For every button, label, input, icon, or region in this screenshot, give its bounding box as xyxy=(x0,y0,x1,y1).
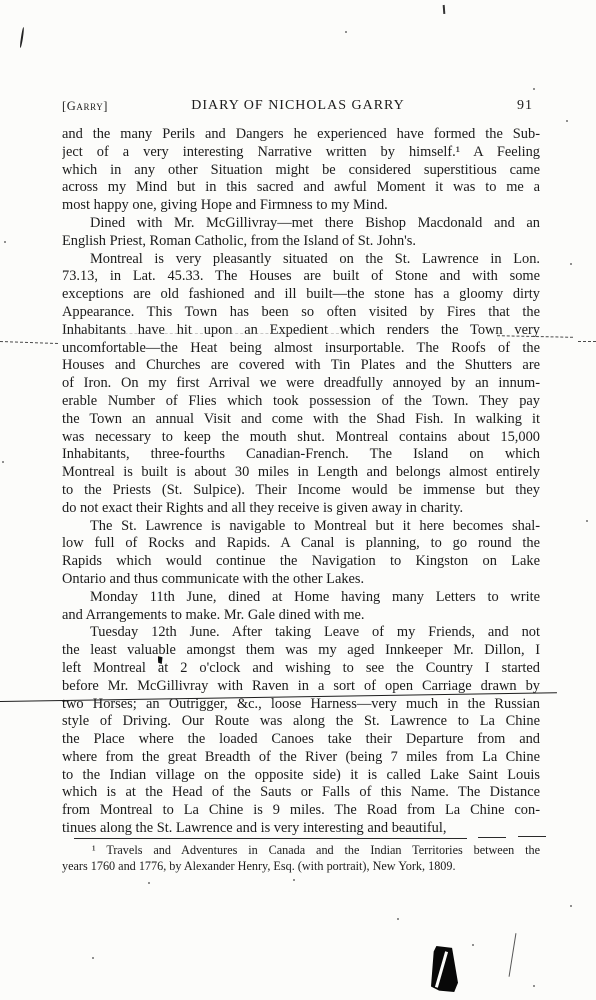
scan-speck xyxy=(533,985,535,987)
pen-stroke-mark xyxy=(19,27,24,48)
text-line: low full of Rocks and Rapids. A Canal is… xyxy=(62,535,540,553)
scan-speck xyxy=(4,241,6,243)
text-line: The St. Lawrence is navigable to Montrea… xyxy=(62,518,540,536)
text-line: uncomfortable—the Heat being almost insu… xyxy=(62,340,540,358)
text-line: the least valuable amongst them was my a… xyxy=(62,642,540,660)
text-line: from Montreal to La Chine is 9 miles. Th… xyxy=(62,802,540,820)
text-line: to the Priests (St. Sulpice). Their Inco… xyxy=(62,482,540,500)
footnote-rule-dash xyxy=(478,837,506,838)
text-line: tinues along the St. Lawrence and is ver… xyxy=(62,820,540,838)
text-line: Montreal is very pleasantly situated on … xyxy=(62,251,540,269)
scan-speck xyxy=(566,120,568,122)
text-line: and the many Perils and Dangers he exper… xyxy=(62,126,540,144)
scan-speck xyxy=(533,88,535,90)
text-line: the Town an annual Visit and come with t… xyxy=(62,411,540,429)
text-line: Houses and Churches are covered with Tin… xyxy=(62,357,540,375)
text-line: was necessary to keep the mouth shut. Mo… xyxy=(62,429,540,447)
text-line: and Arrangements to make. Mr. Gale dined… xyxy=(62,607,540,625)
text-line: two Horses; an Outrigger, &c., loose Har… xyxy=(62,696,540,714)
scratch-mark xyxy=(509,933,517,977)
text-line: Inhabitants, three-fourths Canadian-Fren… xyxy=(62,446,540,464)
text-line: the Place where the loaded Canoes take t… xyxy=(62,731,540,749)
scan-tick-mark xyxy=(443,5,445,14)
text-line: Montreal is built is about 30 miles in L… xyxy=(62,464,540,482)
scan-speck xyxy=(397,918,399,920)
scan-speck xyxy=(472,944,474,946)
text-line: Appearance. This Town has been so often … xyxy=(62,304,540,322)
text-line: which in any other Situation might be co… xyxy=(62,162,540,180)
page-number: 91 xyxy=(517,98,533,114)
text-line: Monday 11th June, dined at Home having m… xyxy=(62,589,540,607)
text-line: exceptions are old fashioned and ill bui… xyxy=(62,286,540,304)
text-line: to the Indian village on the opposite si… xyxy=(62,767,540,785)
body-text: and the many Perils and Dangers he exper… xyxy=(62,126,540,838)
text-line: of Iron. On my first Arrival we were dre… xyxy=(62,375,540,393)
footnote-text: ¹ Travels and Adventures in Canada and t… xyxy=(62,842,540,875)
text-line: do not exact their Rights and all they r… xyxy=(62,500,540,518)
scanned-book-page: [Garry] DIARY OF NICHOLAS GARRY 91 and t… xyxy=(0,0,596,1000)
text-line: where from the great Breadth of the Rive… xyxy=(62,749,540,767)
scan-speck xyxy=(92,957,94,959)
footnote-line: ¹ Travels and Adventures in Canada and t… xyxy=(62,842,540,858)
scan-speck xyxy=(148,882,150,884)
footnote-rule xyxy=(74,838,467,839)
text-line: before Mr. McGillivray with Raven in a s… xyxy=(62,678,540,696)
text-line: Tuesday 12th June. After taking Leave of… xyxy=(62,624,540,642)
text-line: Inhabitants have hit upon an Expedient w… xyxy=(62,322,540,340)
text-line: most happy one, giving Hope and Firmness… xyxy=(62,197,540,215)
scan-speck xyxy=(570,905,572,907)
pencil-dash-right-margin xyxy=(578,341,596,342)
text-line: ject of a very interesting Narrative wri… xyxy=(62,144,540,162)
scan-speck xyxy=(586,520,588,522)
ink-blot-streak xyxy=(435,951,448,987)
text-line: style of Driving. Our Route was along th… xyxy=(62,713,540,731)
scan-speck xyxy=(570,263,572,265)
text-line: Ontario and thus communicate with the ot… xyxy=(62,571,540,589)
footnote-line: years 1760 and 1776, by Alexander Henry,… xyxy=(62,858,540,874)
text-line: left Montreal at 2 o'clock and wishing t… xyxy=(62,660,540,678)
ink-blot xyxy=(431,946,458,992)
text-line: across my Mind but in this sacred and aw… xyxy=(62,179,540,197)
footnote-rule-dash xyxy=(518,836,546,837)
text-line: erable Number of Flies which took posses… xyxy=(62,393,540,411)
text-line: Rapids which would continue the Navigati… xyxy=(62,553,540,571)
scan-speck xyxy=(293,879,295,881)
text-line: Dined with Mr. McGillivray—met there Bis… xyxy=(62,215,540,233)
text-line: which is at the Head of the Sauts or Fal… xyxy=(62,784,540,802)
page-title: DIARY OF NICHOLAS GARRY xyxy=(0,98,596,114)
scan-speck xyxy=(2,461,4,463)
text-line: English Priest, Roman Catholic, from the… xyxy=(62,233,540,251)
text-line: 73.13, in Lat. 45.33. The Houses are bui… xyxy=(62,268,540,286)
scan-speck xyxy=(345,31,347,33)
pencil-dash-left-margin xyxy=(0,341,58,344)
